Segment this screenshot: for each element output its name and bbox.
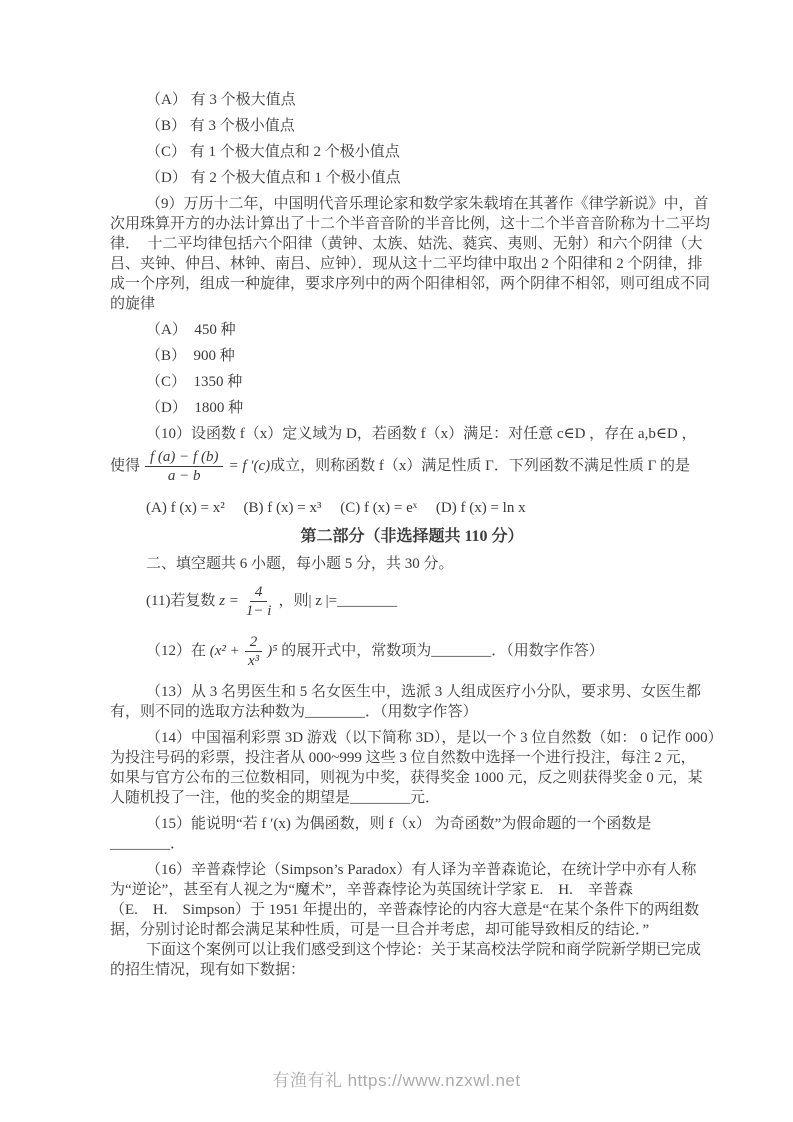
question-9-options: （A） 450 种 （B） 900 种 （C） 1350 种 （D） 1800 …	[110, 320, 714, 418]
option-c: （C） 有 1 个极大值点和 2 个极小值点	[110, 142, 714, 162]
formula-tail-text: 成立，则称函数 f（x）满足性质 Γ．下列函数不满足性质 Γ 的是	[270, 456, 690, 476]
question-9-text-line: 律． 十二平均律包括六个阳律（黄钟、太族、姑洗、蕤宾、夷则、无射）和六个阴律（大	[110, 234, 714, 254]
question-15-text-line: （15）能说明“若 f ′(x) 为偶函数，则 f（x） 为奇函数”为假命题的一…	[110, 814, 714, 834]
question-15: （15）能说明“若 f ′(x) 为偶函数，则 f（x） 为奇函数”为假命题的一…	[110, 814, 714, 854]
question-9-text-line: 的旋律	[110, 294, 714, 314]
option-a: （A） 有 3 个极大值点	[110, 90, 714, 110]
watermark-footer: 有渔有礼 https://www.nzxwl.net	[0, 1066, 793, 1091]
question-13-text-line: （13）从 3 名男医生和 5 名女医生中，选派 3 人组成医疗小分队，要求男、…	[110, 682, 714, 702]
question-12-lead: （12）在	[110, 641, 210, 661]
fraction-numerator: f (a) − f (b)	[145, 448, 223, 467]
fraction: 2x³	[245, 633, 263, 670]
question-12: （12）在 (x² + 2x³ )⁵ 的展开式中，常数项为________．（用…	[110, 628, 714, 674]
question-16-text-line: 据，分别讨论时都会满足某种性质，可是一旦合并考虑，却可能导致相反的结论．”	[110, 920, 714, 940]
question-16-text-line: 为“逆论”，甚至有人视之为“魔术”，辛普森悖论为英国统计学家 E. H. 辛普森	[110, 880, 714, 900]
formula-lead-text: 使得	[110, 456, 140, 476]
question-16-text-line: （16）辛普森悖论（Simpson’s Paradox）有人译为辛普森诡论，在统…	[110, 860, 714, 880]
fraction: f (a) − f (b)a − b	[145, 448, 223, 485]
question-9-text-line: 成一个序列，组成一种旋律，要求序列中的两个阳律相邻，两个阴律不相邻，则可组成不同	[110, 274, 714, 294]
option-d: （D） 1800 种	[110, 398, 714, 418]
fraction-numerator: 2	[245, 633, 263, 652]
exam-content: （A） 有 3 个极大值点 （B） 有 3 个极小值点 （C） 有 1 个极大值…	[110, 90, 714, 980]
question-11-lead: (11)若复数	[110, 591, 219, 611]
question-11-tail: ，则| z |=________	[278, 591, 397, 611]
closing-text-line: 的招生情况，现有如下数据：	[110, 960, 714, 980]
question-10-options-line: (A) f (x) = x² (B) f (x) = x³ (C) f (x) …	[110, 498, 714, 518]
question-12-close-paren: )⁵	[267, 641, 277, 661]
option-a: （A） 450 种	[110, 320, 714, 340]
question-14: （14）中国福利彩票 3D 游戏（以下简称 3D），是以一个 3 位自然数（如：…	[110, 728, 714, 808]
exam-page: （A） 有 3 个极大值点 （B） 有 3 个极小值点 （C） 有 1 个极大值…	[0, 0, 793, 1122]
question-9-text-line: 吕、夹钟、仲吕、林钟、南吕、应钟）．现从这十二平均律中取出 2 个阳律和 2 个…	[110, 254, 714, 274]
fraction-denominator: a − b	[166, 467, 203, 485]
question-14-text-line: 为投注号码的彩票，投注者从 000~999 这些 3 位自然数中选择一个进行投注…	[110, 748, 714, 768]
question-13-text-line: 有，则不同的选取方法种数为________．（用数字作答）	[110, 702, 714, 722]
closing-paragraph: 下面这个案例可以让我们感受到这个悖论：关于某高校法学院和商学院新学期已完成 的招…	[110, 940, 714, 980]
option-c: （C） 1350 种	[110, 372, 714, 392]
question-16-text-line: （E. H. Simpson）于 1951 年提出的，辛普森悖论的内容大意是“在…	[110, 900, 714, 920]
fraction-denominator: 1− i	[244, 602, 274, 620]
option-b: （B） 900 种	[110, 346, 714, 366]
question-14-text-line: （14）中国福利彩票 3D 游戏（以下简称 3D），是以一个 3 位自然数（如：…	[110, 728, 714, 748]
option-d: （D） 有 2 个极大值点和 1 个极小值点	[110, 168, 714, 188]
question-14-text-line: 如果与官方公布的三位数相同，则视为中奖，获得奖金 1000 元，反之则获得奖金 …	[110, 768, 714, 788]
formula-equation: = f ′(c)	[228, 456, 270, 476]
fraction-denominator: x³	[246, 652, 261, 670]
question-10-formula-line: 使得 f (a) − f (b)a − b = f ′(c) 成立，则称函数 f…	[110, 444, 714, 488]
question-12-tail: 的展开式中，常数项为________．（用数字作答）	[278, 641, 604, 661]
question-9-text-line: （9）万历十二年，中国明代音乐理论家和数学家朱载堉在其著作《律学新说》中，首	[110, 194, 714, 214]
fraction: 41− i	[244, 583, 274, 620]
fraction-numerator: 4	[250, 583, 268, 602]
question-9: （9）万历十二年，中国明代音乐理论家和数学家朱载堉在其著作《律学新说》中，首 次…	[110, 194, 714, 418]
question-8-options: （A） 有 3 个极大值点 （B） 有 3 个极小值点 （C） 有 1 个极大值…	[110, 90, 714, 188]
question-14-text-line: 人随机投了一注，他的奖金的期望是________元．	[110, 788, 714, 808]
question-10-text-line: （10）设函数 f（x）定义域为 D，若函数 f（x）满足：对任意 c∈D ，存…	[110, 424, 714, 444]
fill-in-section-intro: 二、填空题共 6 小题，每小题 5 分，共 30 分。	[110, 554, 714, 574]
question-16: （16）辛普森悖论（Simpson’s Paradox）有人译为辛普森诡论，在统…	[110, 860, 714, 940]
option-b: （B） 有 3 个极小值点	[110, 116, 714, 136]
question-15-answer-blank: ________．	[110, 834, 714, 854]
closing-text-line: 下面这个案例可以让我们感受到这个悖论：关于某高校法学院和商学院新学期已完成	[110, 940, 714, 960]
question-13: （13）从 3 名男医生和 5 名女医生中，选派 3 人组成医疗小分队，要求男、…	[110, 682, 714, 722]
section-header-part2: 第二部分（非选择题共 110 分）	[110, 526, 714, 548]
question-9-text-line: 次用珠算开方的办法计算出了十二个半音音阶的半音比例，这十二个半音音阶称为十二平均	[110, 214, 714, 234]
question-12-open-paren: (x² +	[210, 641, 240, 661]
question-11: (11)若复数 z = 41− i ，则| z |=________	[110, 578, 714, 624]
question-11-variable: z =	[219, 591, 239, 611]
question-10: （10）设函数 f（x）定义域为 D，若函数 f（x）满足：对任意 c∈D ，存…	[110, 424, 714, 518]
